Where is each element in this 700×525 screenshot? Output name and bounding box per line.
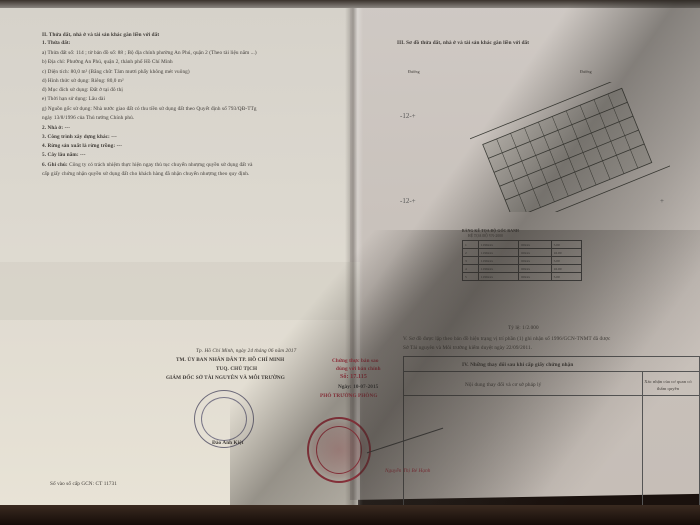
stamp-line-5: PHÓ TRƯỞNG PHÒNG [320,393,378,400]
table-cell: 3 [463,257,479,265]
left-page [0,0,358,508]
serial-value: 11731 [104,481,117,487]
table-row: 41196xxx60xxx16.00 [463,265,582,273]
table-cell: 60xxx [519,273,551,281]
row-divider [404,395,699,396]
serial-number: Số vào sổ cấp GCN: CT 11731 [50,481,117,488]
item-house: 2. Nhà ở: --- [42,125,70,132]
stamp-line-4: Ngày: 10-07-2015 [338,384,378,391]
item-perennial: 5. Cây lâu năm: --- [42,152,86,159]
signer-name: Đào Anh Kiệt [212,440,243,447]
subsection-land: 1. Thửa đất: [42,40,71,47]
table-row: 11196xxx60xxx5.00 [463,241,582,249]
table-surface [0,505,700,525]
item-forest: 4. Rừng sản xuất là rừng trồng: --- [42,143,122,150]
land-line-e: đ) Mục đích sử dụng: Đất ở tại đô thị [42,87,123,94]
section-title-left: II. Thửa đất, nhà ở và tài sản khác gắn … [42,32,159,39]
note-line-1: 6. Ghi chú: Công ty có trách nhiệm thực … [42,162,253,169]
section4-title: IV. Những thay đổi sau khi cấp giấy chứn… [462,362,573,369]
table-cell: 4 [463,265,479,273]
land-line-d: d) Hình thức sử dụng: Riêng: 80,0 m² [42,78,124,85]
section5-line-2: Sở Tài nguyên và Môi trường kiểm duyệt n… [403,345,532,352]
land-line-f: e) Thời hạn sử dụng: Lâu dài [42,96,105,103]
authority-line-3: GIÁM ĐỐC SỞ TÀI NGUYÊN VÀ MÔI TRƯỜNG [166,375,285,382]
parcel-map [470,82,670,212]
table-cell: 1 [463,241,479,249]
stamp-line-1: Chứng thực bản sao [332,358,379,365]
table-cell: 1196xxx [478,265,518,273]
table-cell: 2 [463,249,479,257]
table-row: 31196xxx60xxx5.00 [463,257,582,265]
table-cell: 16.00 [551,265,581,273]
road-label-1: Đường [408,68,420,75]
land-line-g2: ngày 13/8/1996 của Thủ tướng Chính phủ. [42,115,134,122]
certified-copy-stamp: Chứng thực bản sao đúng với bản chính Số… [318,358,410,400]
land-line-a: a) Thửa đất số: 114 ; tờ bản đồ số: 88 ;… [42,50,257,57]
coord-table-subtitle: HỆ TỌA ĐỘ VN-2000 [468,233,503,240]
top-edge [0,0,700,8]
note-line-2: cấp giấy chứng nhận quyền sử dụng đất ch… [42,171,249,178]
section4-col2: Xác nhận của cơ quan có thẩm quyền [643,378,693,392]
lighting-band [0,262,360,320]
stamp-line-2: đúng với bản chính [336,366,381,373]
table-cell: 5.00 [551,241,581,249]
table-row: 21196xxx60xxx16.00 [463,249,582,257]
land-line-g: g) Nguồn gốc sử dụng: Nhà nước giao đất … [42,106,257,113]
note-text-1: Công ty có trách nhiệm thực hiện ngay th… [69,162,252,168]
place-date: Tp. Hồ Chí Minh, ngày 24 tháng 06 năm 20… [196,348,296,355]
table-row: 51196xxx60xxx5.00 [463,273,582,281]
signature-name: Nguyễn Thị Bé Hạnh [385,468,430,475]
table-cell: 5.00 [551,257,581,265]
item-other-construction: 3. Công trình xây dựng khác: --- [42,134,117,141]
coord-mark-1: -12-+ [400,112,416,120]
table-cell: 60xxx [519,257,551,265]
red-seal-stamp [307,417,371,483]
coord-mark-2: -12-+ [400,197,416,205]
table-cell: 60xxx [519,249,551,257]
land-line-b: b) Địa chỉ: Phường An Phú, quận 2, thành… [42,59,173,66]
photo-scene: II. Thửa đất, nhà ở và tài sản khác gắn … [0,0,700,525]
table-cell: 1196xxx [478,241,518,249]
map-scale: Tỷ lệ: 1/2.000 [508,325,539,332]
table-cell: 5 [463,273,479,281]
table-cell: 60xxx [519,241,551,249]
road-label-2: Đường [580,68,592,75]
section5-line-1: V. Sơ đồ được lập theo bản đồ hiện trạng… [403,336,610,343]
table-cell: 60xxx [519,265,551,273]
authority-line-1: TM. ỦY BAN NHÂN DÂN TP. HỒ CHÍ MINH [176,357,284,364]
table-cell: 1196xxx [478,273,518,281]
table-cell: 1196xxx [478,249,518,257]
table-cell: 1196xxx [478,257,518,265]
serial-label: Số vào sổ cấp GCN: CT [50,481,102,487]
table-cell: 16.00 [551,249,581,257]
authority-line-2: TUQ. CHỦ TỊCH [216,366,257,373]
section4-col1: Nội dung thay đổi và cơ sở pháp lý [465,382,541,389]
note-label: 6. Ghi chú: [42,162,68,168]
stamp-line-3: Số: 17.115 [340,374,367,381]
coordinate-table: 11196xxx60xxx5.0021196xxx60xxx16.0031196… [462,240,582,281]
section-title-right: III. Sơ đồ thửa đất, nhà ở và tài sản kh… [397,40,529,47]
table-cell: 5.00 [551,273,581,281]
land-line-c: c) Diện tích: 80,0 m² (Bằng chữ: Tám mươ… [42,69,190,76]
